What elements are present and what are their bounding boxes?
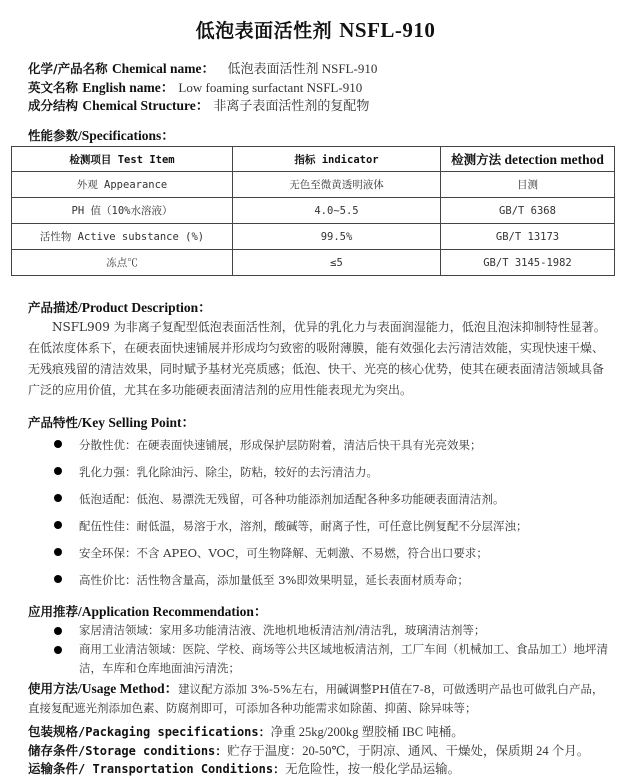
bullet-icon [54, 467, 62, 475]
packaging-value: 净重 25kg/200kg 塑胶桶 IBC 吨桶。 [271, 725, 464, 739]
description-text: NSFL909 为非离子复配型低泡表面活性剂，优异的乳化力与表面润湿能力，低泡且… [28, 320, 606, 397]
description-heading-cn: 产品描述 [28, 300, 78, 315]
specifications-heading-en: /Specifications： [78, 128, 175, 143]
list-item: 商用工业清洁领域：医院、学校、商场等公共区域地板清洁剂，工厂车间（机械加工、食品… [54, 640, 614, 678]
document-title: 低泡表面活性剂 NSFL-910 [0, 16, 631, 43]
table-row: 外观 Appearance 无色至微黄透明液体 目测 [12, 172, 615, 198]
table-row: 冻点℃ ≤5 GB/T 3145-1982 [12, 250, 615, 276]
description-heading: 产品描述/Product Description： [28, 296, 212, 316]
cell-item: 冻点℃ [12, 250, 233, 276]
header-indicator: 指标 indicator [233, 147, 441, 172]
cell-item: PH 值（10%水溶液） [12, 198, 233, 224]
specifications-heading-cn: 性能参数 [28, 128, 78, 143]
title-cn: 低泡表面活性剂 [196, 20, 333, 42]
chemical-name-row: 化学/产品名称 Chemical name： 低泡表面活性剂 NSFL-910 [28, 60, 377, 78]
cell-indicator: ≤5 [233, 250, 441, 276]
storage-value: 贮存于温度：20-50℃，于阴凉、通风、干燥处，保质期 24 个月。 [227, 744, 589, 758]
bullet-icon [54, 440, 62, 448]
table-row: 活性物 Active substance (%) 99.5% GB/T 1317… [12, 224, 615, 250]
key-selling-heading-en: /Key Selling Point： [78, 415, 195, 430]
storage-label-cn: 储存条件 [28, 743, 78, 758]
bullet-icon [54, 521, 62, 529]
storage-row: 储存条件/Storage conditions：贮存于温度：20-50℃，于阴凉… [28, 741, 589, 759]
cell-method: GB/T 6368 [441, 198, 615, 224]
title-en: NSFL-910 [339, 18, 435, 42]
chemical-name-label-cn: 化学/产品名称 [28, 61, 108, 76]
english-name-row: 英文名称 English name： Low foaming surfactan… [28, 79, 362, 97]
bullet-icon [54, 627, 62, 635]
list-item: 家居清洁领域：家用多功能清洁液、洗地机地板清洁剂/清洁乳，玻璃清洁剂等； [54, 621, 614, 640]
usage-method: 使用方法/Usage Method：建议配方添加 3%-5%左右，用碱调整PH值… [28, 679, 613, 718]
english-name-label-cn: 英文名称 [28, 80, 78, 95]
table-row: PH 值（10%水溶液） 4.0~5.5 GB/T 6368 [12, 198, 615, 224]
table-header-row: 检测项目 Test Item 指标 indicator 检测方法 detecti… [12, 147, 615, 172]
specifications-table: 检测项目 Test Item 指标 indicator 检测方法 detecti… [11, 146, 615, 276]
cell-item: 外观 Appearance [12, 172, 233, 198]
cell-method: 目测 [441, 172, 615, 198]
bullet-icon [54, 575, 62, 583]
description-heading-en: /Product Description： [78, 300, 212, 315]
application-heading-en: /Application Recommendation： [78, 604, 267, 619]
cell-method: GB/T 13173 [441, 224, 615, 250]
application-heading-cn: 应用推荐 [28, 604, 78, 619]
header-test-item: 检测项目 Test Item [12, 147, 233, 172]
usage-label-en: /Usage Method： [78, 681, 178, 696]
cell-indicator: 无色至微黄透明液体 [233, 172, 441, 198]
packaging-label-cn: 包装规格 [28, 724, 78, 739]
english-name-label-en: English name： [82, 80, 174, 95]
bullet-icon [54, 646, 62, 654]
cell-method: GB/T 3145-1982 [441, 250, 615, 276]
transport-label-cn: 运输条件 [28, 761, 78, 776]
key-selling-heading: 产品特性/Key Selling Point： [28, 411, 195, 431]
transport-label-en: / Transportation Conditions： [78, 762, 285, 776]
bullet-icon [54, 548, 62, 556]
usage-label-cn: 使用方法 [28, 681, 78, 696]
packaging-row: 包装规格/Packaging specifications：净重 25kg/20… [28, 722, 464, 740]
cell-indicator: 4.0~5.5 [233, 198, 441, 224]
bullet-icon [54, 494, 62, 502]
key-selling-heading-cn: 产品特性 [28, 415, 78, 430]
structure-label-cn: 成分结构 [28, 98, 78, 113]
header-detection-method: 检测方法 detection method [441, 147, 615, 172]
transport-value: 无危险性，按一般化学品运输。 [285, 762, 460, 776]
english-name-value: Low foaming surfactant NSFL-910 [178, 80, 362, 95]
structure-row: 成分结构 Chemical Structure： 非离子表面活性剂的复配物 [28, 97, 369, 115]
cell-indicator: 99.5% [233, 224, 441, 250]
application-heading: 应用推荐/Application Recommendation： [28, 600, 267, 620]
description-paragraph: NSFL909 为非离子复配型低泡表面活性剂，优异的乳化力与表面润湿能力，低泡且… [28, 317, 608, 401]
structure-value: 非离子表面活性剂的复配物 [213, 98, 369, 113]
packaging-label-en: /Packaging specifications： [78, 725, 271, 739]
chemical-name-value: 低泡表面活性剂 NSFL-910 [227, 61, 377, 76]
cell-item: 活性物 Active substance (%) [12, 224, 233, 250]
transport-row: 运输条件/ Transportation Conditions：无危险性，按一般… [28, 759, 460, 777]
structure-label-en: Chemical Structure： [82, 98, 209, 113]
storage-label-en: /Storage conditions： [78, 744, 227, 758]
specifications-heading: 性能参数/Specifications： [28, 124, 175, 144]
chemical-name-label-en: Chemical name： [112, 61, 215, 76]
